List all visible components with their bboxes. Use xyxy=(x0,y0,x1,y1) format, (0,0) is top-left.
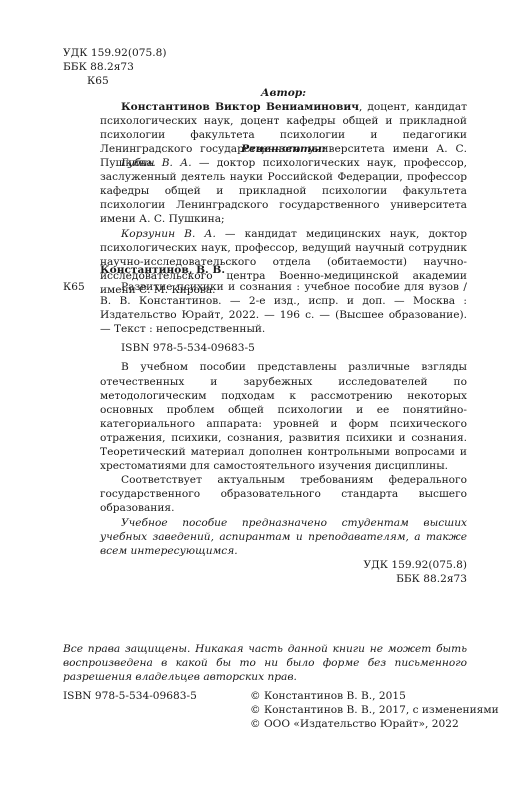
catalog-udk: УДК 159.92(075.8) xyxy=(100,558,467,572)
author-heading: Автор: xyxy=(100,86,467,100)
classification-block: УДК 159.92(075.8) ББК 88.2я73 К65 xyxy=(63,46,167,88)
catalog-side-mark: К65 xyxy=(63,280,85,294)
rights-notice: Все права защищены. Никакая часть данной… xyxy=(63,642,467,684)
reviewer-entry: Губин В. А. — доктор психологических нау… xyxy=(100,156,467,226)
reviewer-name: Корзунин В. А. xyxy=(121,228,216,240)
bbk-code: ББК 88.2я73 xyxy=(63,60,167,74)
author-name: Константинов Виктор Вениаминович xyxy=(121,101,359,113)
audience-note: Учебное пособие предназначено студентам … xyxy=(100,516,467,558)
udk-code: УДК 159.92(075.8) xyxy=(63,46,167,60)
reviewer-name: Губин В. А. xyxy=(121,157,192,169)
reviewers-heading: Рецензенты: xyxy=(100,142,467,156)
catalog-isbn: ISBN 978-5-534-09683-5 xyxy=(100,341,467,355)
footer-isbn: ISBN 978-5-534-09683-5 xyxy=(63,689,197,703)
catalog-card-body: Развитие психики и сознания : учебное по… xyxy=(100,280,467,586)
copyright-block: © Константинов В. В., 2015 © Константино… xyxy=(250,689,499,731)
copyright-line: © ООО «Издательство Юрайт», 2022 xyxy=(250,717,499,731)
abstract-paragraph: Соответствует актуальным требованиям фед… xyxy=(100,473,467,515)
bibliographic-entry: Развитие психики и сознания : учебное по… xyxy=(100,280,467,336)
abstract-paragraph: В учебном пособии представлены различные… xyxy=(100,360,467,473)
copyright-line: © Константинов В. В., 2015 xyxy=(250,689,499,703)
catalog-bbk: ББК 88.2я73 xyxy=(100,572,467,586)
copyright-line: © Константинов В. В., 2017, с изменениям… xyxy=(250,703,499,717)
catalog-author-heading: Константинов, В. В. xyxy=(100,263,225,277)
